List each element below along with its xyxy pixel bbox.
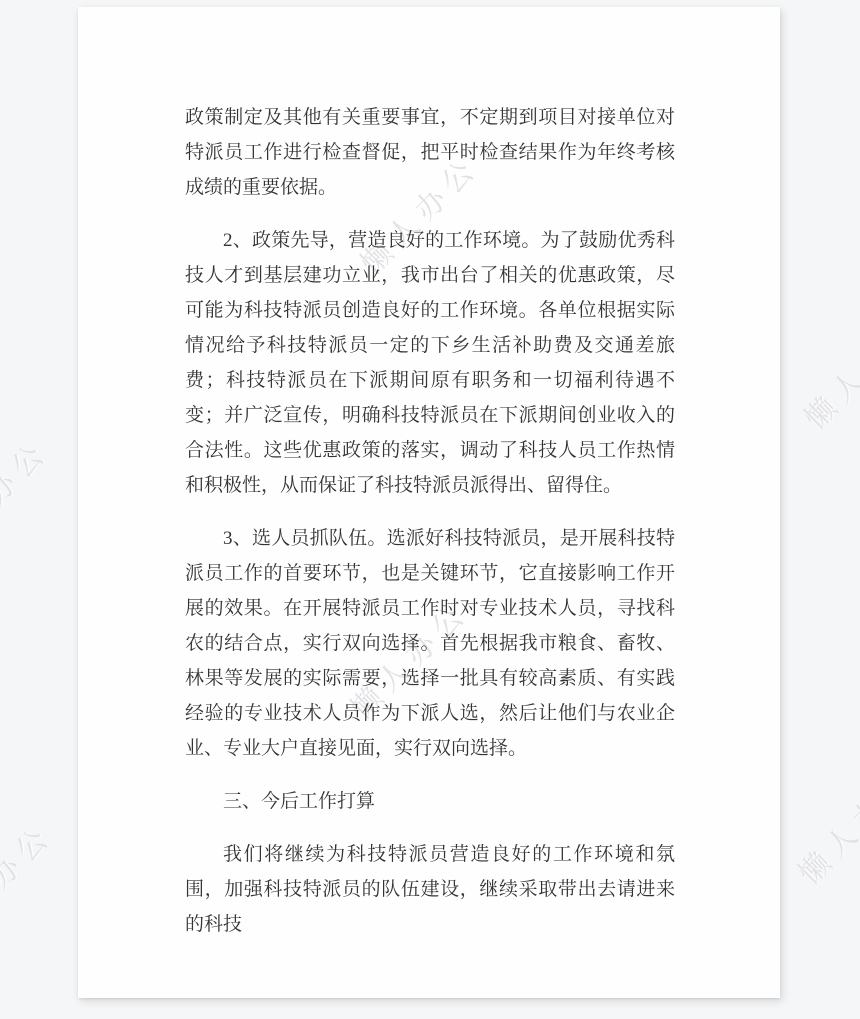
watermark-text: 懒人办公 (0, 812, 61, 951)
watermark-text: 懒人办公 (793, 299, 860, 438)
screenshot-root: { "document": { "watermark_text": "懒人办公"… (0, 0, 860, 1019)
paragraph: 3、选人员抓队伍。选派好科技特派员，是开展科技特派员工作的首要环节，也是关键环节… (185, 521, 675, 766)
document-viewer: 政策制定及其他有关重要事宜，不定期到项目对接单位对特派员工作进行检查督促，把平时… (0, 0, 860, 1019)
paragraph: 三、今后工作打算 (185, 784, 675, 819)
document-body: 政策制定及其他有关重要事宜，不定期到项目对接单位对特派员工作进行检查督促，把平时… (78, 7, 780, 998)
watermark-text: 懒人办公 (787, 754, 860, 893)
watermark-text: 懒人办公 (0, 428, 57, 567)
paragraph: 政策制定及其他有关重要事宜，不定期到项目对接单位对特派员工作进行检查督促，把平时… (185, 100, 675, 205)
paragraph: 我们将继续为科技特派员营造良好的工作环境和氛围，加强科技特派员的队伍建设，继续采… (185, 837, 675, 942)
paragraph: 2、政策先导，营造良好的工作环境。为了鼓励优秀科技人才到基层建功立业，我市出台了… (185, 223, 675, 503)
